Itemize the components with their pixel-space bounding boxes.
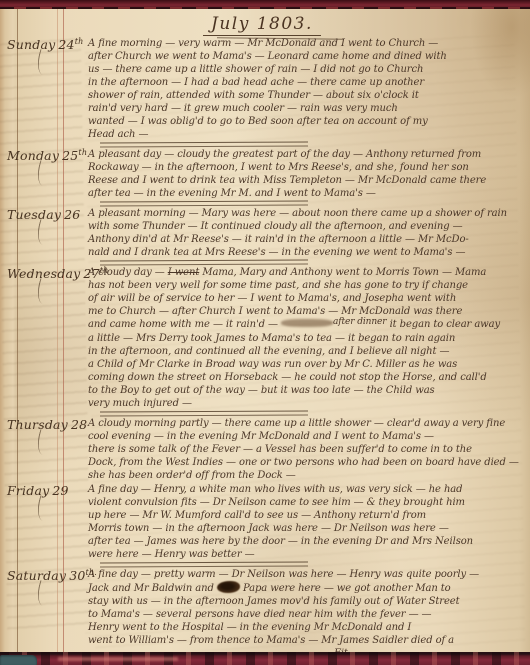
journal-entry: Tuesday26A pleasant morning — Mary was h… xyxy=(0,207,528,259)
handwritten-text: after Church we went to Mama's — Leonard… xyxy=(88,51,447,62)
entry-line: Dock, from the West Indies — one or two … xyxy=(88,456,528,469)
handwritten-text: — Mr James Saidler died of a xyxy=(305,635,454,646)
entry-line: and came home with me — it rain'd — afte… xyxy=(88,318,528,332)
entry-line: went to William's — from thence to Mama'… xyxy=(88,634,528,647)
handwritten-text-underline2: off from the Dock — xyxy=(195,470,295,481)
entry-date-suffix: th. xyxy=(86,568,98,577)
entry-line: of air will be of service to her — I wen… xyxy=(88,292,528,305)
ink-blot xyxy=(217,581,240,593)
entry-line: to Mama's — several persons have died ne… xyxy=(88,608,528,621)
entry-divider-rule xyxy=(100,200,308,206)
journal-entry: Sunday24thA fine morning — very warm — M… xyxy=(0,37,528,141)
handwritten-text: Head ach — xyxy=(88,129,148,140)
entry-line: rain'd very hard — it grew much cooler —… xyxy=(88,102,528,115)
handwritten-text: Papa were here — we got another Man to xyxy=(240,583,451,594)
handwritten-text: it began to clear away xyxy=(386,319,500,330)
entry-day-label: Sunday24th xyxy=(7,37,87,52)
entry-line: there is some talk of the Fever — a Vess… xyxy=(88,443,528,456)
entry-line: violent convulsion fits — Dr Neilson cam… xyxy=(88,496,528,509)
handwritten-text: Morris town — in the afternoon Jack was … xyxy=(88,523,449,534)
entry-day-label: Monday25th xyxy=(7,148,87,163)
entry-line: cool evening — in the evening Mr McDonal… xyxy=(88,430,528,443)
entry-day-name: Saturday xyxy=(7,568,66,583)
handwritten-text: rain'd very hard — it grew much cooler —… xyxy=(88,103,398,114)
handwritten-text: Anthony din'd at Mr Reese's — it rain'd … xyxy=(88,234,469,245)
entry-line: Rockaway — in the afternoon, I went to M… xyxy=(88,161,528,174)
handwritten-text: she has been order'd xyxy=(88,470,195,481)
handwritten-text: went to William's — xyxy=(88,635,190,646)
handwritten-text: Mama, Mary and Anthony went to Morris To… xyxy=(199,267,486,278)
entry-line: were here — Henry was better — xyxy=(88,548,528,561)
entry-line: with some Thunder — It continued cloudy … xyxy=(88,220,528,233)
handwritten-text: were here — Henry was better — xyxy=(88,549,255,560)
entry-day-name: Sunday xyxy=(7,37,55,52)
journal-entries: Sunday24thA fine morning — very warm — M… xyxy=(0,37,528,652)
cover-scuff-streak xyxy=(58,657,178,661)
entry-date-suffix: th xyxy=(75,37,84,46)
journal-entry: Monday25thA pleasant day — cloudy the gr… xyxy=(0,148,528,200)
handwritten-text: and came home with me — it rain'd — xyxy=(88,319,281,330)
entry-date: 30 xyxy=(69,568,85,583)
handwritten-text: to Mama's — several persons have died ne… xyxy=(88,609,431,620)
book-cover-bottom-edge xyxy=(0,652,530,665)
handwritten-text: cool evening — in the evening Mr McDonal… xyxy=(88,431,434,442)
entry-line: wanted — I was oblig'd to go to Bed soon… xyxy=(88,115,528,128)
page-title: July 1803. xyxy=(203,14,321,36)
page-title-text: July 1803. xyxy=(203,14,321,36)
handwritten-text: nald and I drank tea at Mrs Reese's — in… xyxy=(88,247,465,258)
entry-day-name: Wednesday xyxy=(7,266,80,281)
handwritten-text: wanted — I was oblig'd to go to Bed soon… xyxy=(88,116,428,127)
handwritten-text: with some Thunder — It continued cloudy … xyxy=(88,221,463,232)
handwritten-text: me to Church — after Church I went to Ma… xyxy=(88,306,462,317)
handwritten-text: there is some talk of the Fever — a Vess… xyxy=(88,444,472,455)
handwritten-text: A fine day — pretty warm — Dr Neilson wa… xyxy=(88,569,479,580)
handwritten-text: Reese and I went to drink tea with Miss … xyxy=(88,175,486,186)
entry-line: coming down the street on Horseback — he… xyxy=(88,371,528,384)
entry-line: shower of rain, attended with some Thund… xyxy=(88,89,528,102)
entry-day-name: Thursday xyxy=(7,417,68,432)
ink-smudge xyxy=(281,319,333,327)
entry-line: A fine morning — very warm — Mr McDonald… xyxy=(88,37,528,50)
journal-entry: Friday29A fine day — Henry, a white man … xyxy=(0,483,528,561)
entry-line: A cloudy morning partly — there came up … xyxy=(88,417,528,430)
handwritten-text: shower of rain, attended with some Thund… xyxy=(88,90,419,101)
handwritten-text: violent convulsion fits — Dr Neilson cam… xyxy=(88,497,465,508)
entry-line: to the Boy to get out of the way — but i… xyxy=(88,384,528,397)
entry-line: Anthony din'd at Mr Reese's — it rain'd … xyxy=(88,233,528,246)
entry-date: 24 xyxy=(58,37,74,52)
entry-divider-rule xyxy=(100,141,308,147)
entry-date-suffix: th xyxy=(100,266,109,275)
handwritten-text: Rockaway — in the afternoon, I went to M… xyxy=(88,162,469,173)
handwritten-text: A fine day — Henry, a white man who live… xyxy=(88,484,462,495)
handwritten-text: to the Boy to get out of the way — but i… xyxy=(88,385,435,396)
entry-line: in the afternoon — I had a bad head ache… xyxy=(88,76,528,89)
journal-page: July 1803. Sunday24thA fine morning — ve… xyxy=(0,9,530,652)
entry-day-label: Friday29 xyxy=(7,483,87,498)
handwritten-text: after tea — James was here by the door —… xyxy=(88,536,473,547)
entry-divider-rule xyxy=(100,561,308,567)
entry-line: she has been order'd off from the Dock — xyxy=(88,469,528,482)
handwritten-text: A cloudy morning partly — there came up … xyxy=(88,418,505,429)
entry-line: after tea — in the evening Mr M. and I w… xyxy=(88,187,528,200)
entry-line: A pleasant morning — Mary was here — abo… xyxy=(88,207,528,220)
entry-line: Reese and I went to drink tea with Miss … xyxy=(88,174,528,187)
handwritten-text: Jack and Mr Baldwin and xyxy=(88,583,217,594)
handwritten-text: has not been very well for some time pas… xyxy=(88,280,468,291)
entry-line: stay with us — in the afternoon James mo… xyxy=(88,595,528,608)
entry-line: in the afternoon, and continued all the … xyxy=(88,345,528,358)
handwritten-text: A pleasant morning — Mary was here — abo… xyxy=(88,208,507,219)
entry-line: me to Church — after Church I went to Ma… xyxy=(88,305,528,318)
entry-day-label: Wednesday27th xyxy=(7,266,87,281)
entry-line: Henry went to the Hospital — in the even… xyxy=(88,621,528,634)
entry-day-label: Tuesday26 xyxy=(7,207,87,222)
entry-line: a Child of Mr Clarke in Broad way was ru… xyxy=(88,358,528,371)
entry-line: A cloudy day — I went Mama, Mary and Ant… xyxy=(88,266,528,279)
handwritten-text: in the afternoon — I had a bad head ache… xyxy=(88,77,424,88)
entry-day-label: Thursday28 xyxy=(7,417,87,432)
journal-entry: Saturday30th.A fine day — pretty warm — … xyxy=(0,568,528,652)
handwritten-text: a Child of Mr Clarke in Broad way was ru… xyxy=(88,359,457,370)
handwritten-text: A fine morning — very warm — Mr McDonald… xyxy=(88,38,438,49)
entry-day-name: Tuesday xyxy=(7,207,61,222)
handwritten-text: coming down the street on Horseback — he… xyxy=(88,372,487,383)
entry-line: Morris town — in the afternoon Jack was … xyxy=(88,522,528,535)
handwritten-text-caret: after dinner xyxy=(333,317,386,327)
entry-line: has not been very well for some time pas… xyxy=(88,279,528,292)
entry-date: 27 xyxy=(83,266,99,281)
handwritten-text: Dock, from the West Indies — one or two … xyxy=(88,457,519,468)
entry-day-name: Friday xyxy=(7,483,49,498)
handwritten-text: up here — Mr W. Mumford call'd to see us… xyxy=(88,510,426,521)
entry-date: 29 xyxy=(52,483,68,498)
book-cover-top-edge xyxy=(0,0,530,9)
teal-paint-spot xyxy=(0,655,37,665)
entry-date: 28 xyxy=(71,417,87,432)
diary-scan: July 1803. Sunday24thA fine morning — ve… xyxy=(0,0,530,665)
entry-line: very much injured — xyxy=(88,397,528,410)
journal-entry: Thursday28A cloudy morning partly — ther… xyxy=(0,417,528,482)
handwritten-text: Henry went to the Hospital — in the even… xyxy=(88,622,411,633)
entry-divider-rule xyxy=(100,259,308,265)
entry-line: a little — Mrs Derry took James to Mama'… xyxy=(88,332,528,345)
handwritten-text: a little — Mrs Derry took James to Mama'… xyxy=(88,333,455,344)
entry-date: 26 xyxy=(64,207,80,222)
handwritten-text: stay with us — in the afternoon James mo… xyxy=(88,596,460,607)
entry-line: Jack and Mr Baldwin and Papa were here —… xyxy=(88,581,528,595)
handwritten-text: of air will be of service to her — I wen… xyxy=(88,293,456,304)
entry-line: A fine day — pretty warm — Dr Neilson wa… xyxy=(88,568,528,581)
entry-line: us — there came up a little shower of ra… xyxy=(88,63,528,76)
entry-line: nald and I drank tea at Mrs Reese's — in… xyxy=(88,246,528,259)
journal-entry: Wednesday27thA cloudy day — I went Mama,… xyxy=(0,266,528,410)
entry-line: Head ach — xyxy=(88,128,528,141)
handwritten-text-underline2: from thence to Mama's xyxy=(190,635,305,646)
entry-line: A pleasant day — cloudy the greatest par… xyxy=(88,148,528,161)
handwritten-text-strike: I went xyxy=(168,267,199,278)
entry-date: 25 xyxy=(62,148,78,163)
entry-day-name: Monday xyxy=(7,148,59,163)
handwritten-text: very much injured — xyxy=(88,398,192,409)
entry-day-label: Saturday30th. xyxy=(7,568,87,583)
entry-line: A fine day — Henry, a white man who live… xyxy=(88,483,528,496)
handwritten-text: us — there came up a little shower of ra… xyxy=(88,64,423,75)
entry-divider-rule xyxy=(100,410,308,416)
handwritten-text: A pleasant day — cloudy the greatest par… xyxy=(88,149,481,160)
entry-line: after tea — James was here by the door —… xyxy=(88,535,528,548)
handwritten-text: after tea — in the evening Mr M. and I w… xyxy=(88,188,376,199)
entry-date-suffix: th xyxy=(78,148,87,157)
entry-line: after Church we went to Mama's — Leonard… xyxy=(88,50,528,63)
entry-line: up here — Mr W. Mumford call'd to see us… xyxy=(88,509,528,522)
handwritten-text: in the afternoon, and continued all the … xyxy=(88,346,449,357)
